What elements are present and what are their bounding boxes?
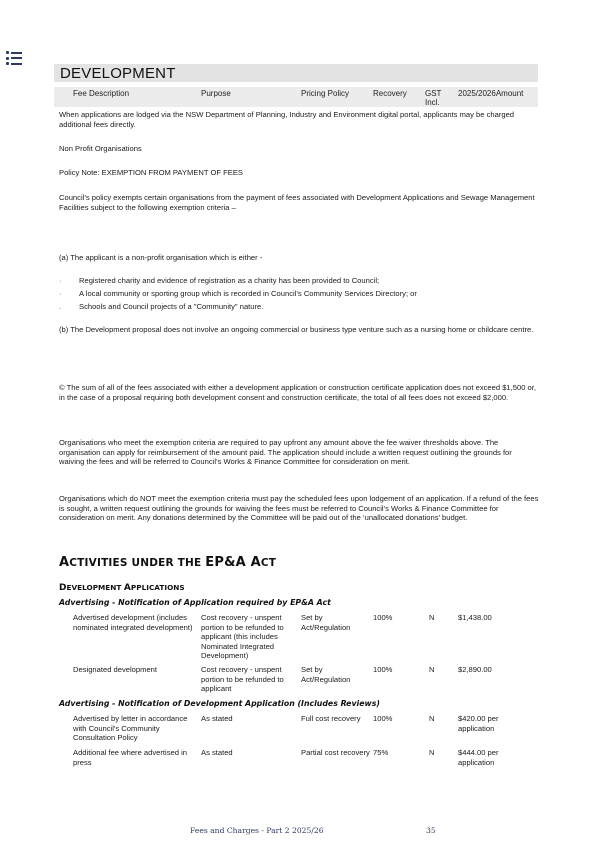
paragraph-criteria-a: (a) The applicant is a non-profit organi… [59,253,539,263]
paragraph-policy-note: Policy Note: EXEMPTION FROM PAYMENT OF F… [59,168,539,178]
footer-title: Fees and Charges - Part 2 2025/26 [190,826,324,835]
cell-gst: N [429,613,449,623]
cell-description: Advertised by letter in accordance with … [73,714,193,743]
heading-activities: ACTIVITIES UNDER THE EP&A ACT [59,555,276,570]
col-amount: 2025/2026Amount [458,89,523,98]
cell-description: Additional fee where advertised in press [73,748,193,767]
cell-recovery: 100% [373,714,413,724]
cell-purpose: Cost recovery - unspent portion to be re… [201,665,296,694]
cell-pricing-policy: Partial cost recovery [301,748,371,758]
cell-amount: $1,438.00 [458,613,538,623]
paragraph-meet-criteria: Organisations who meet the exemption cri… [59,438,539,467]
page-number: 35 [426,826,436,835]
paragraph-council-policy: Council’s policy exempts certain organis… [59,193,539,212]
cell-amount: $444.00 per application [458,748,518,767]
bullet-text: A local community or sporting group whic… [79,289,417,299]
col-fee-description: Fee Description [73,89,129,98]
cell-recovery: 100% [373,665,413,675]
cell-purpose: As stated [201,714,296,724]
bullet-text: Schools and Council projects of a "Commu… [79,302,263,312]
cell-description: Designated development [73,665,193,675]
cell-pricing-policy: Set by Act/Regulation [301,613,371,632]
cell-recovery: 75% [373,748,413,758]
cell-gst: N [429,748,449,758]
cell-pricing-policy: Set by Act/Regulation [301,665,371,684]
group-title: Advertising - Notification of Applicatio… [59,598,331,607]
section-header: DEVELOPMENT [54,64,538,82]
bullet-mark: · [59,289,62,299]
heading-development-applications: DEVELOPMENT APPLICATIONS [59,583,185,593]
bullet-mark: . [59,302,61,312]
bullet-mark: · [59,276,62,286]
cell-pricing-policy: Full cost recovery [301,714,371,724]
cell-amount: $2,890.00 [458,665,538,675]
table-header: Fee Description Purpose Pricing Policy R… [54,87,538,107]
cell-recovery: 100% [373,613,413,623]
col-gst-incl: GST Incl. [425,89,447,107]
paragraph-not-meet-criteria: Organisations which do NOT meet the exem… [59,494,539,523]
list-icon[interactable] [6,51,22,65]
paragraph-nonprofit: Non Profit Organisations [59,144,539,154]
cell-description: Advertised development (includes nominat… [73,613,193,632]
paragraph-portal: When applications are lodged via the NSW… [59,110,539,129]
cell-purpose: As stated [201,748,296,758]
cell-gst: N [429,665,449,675]
cell-amount: $420.00 per application [458,714,518,733]
cell-purpose: Cost recovery - unspent portion to be re… [201,613,296,661]
cell-gst: N [429,714,449,724]
col-purpose: Purpose [201,89,231,98]
paragraph-criteria-b: (b) The Development proposal does not in… [59,325,539,335]
col-recovery: Recovery [373,89,407,98]
section-title: DEVELOPMENT [60,65,176,82]
col-pricing-policy: Pricing Policy [301,89,349,98]
bullet-text: Registered charity and evidence of regis… [79,276,379,286]
group-title: Advertising - Notification of Developmen… [59,699,380,708]
paragraph-criteria-c: © The sum of all of the fees associated … [59,383,539,402]
